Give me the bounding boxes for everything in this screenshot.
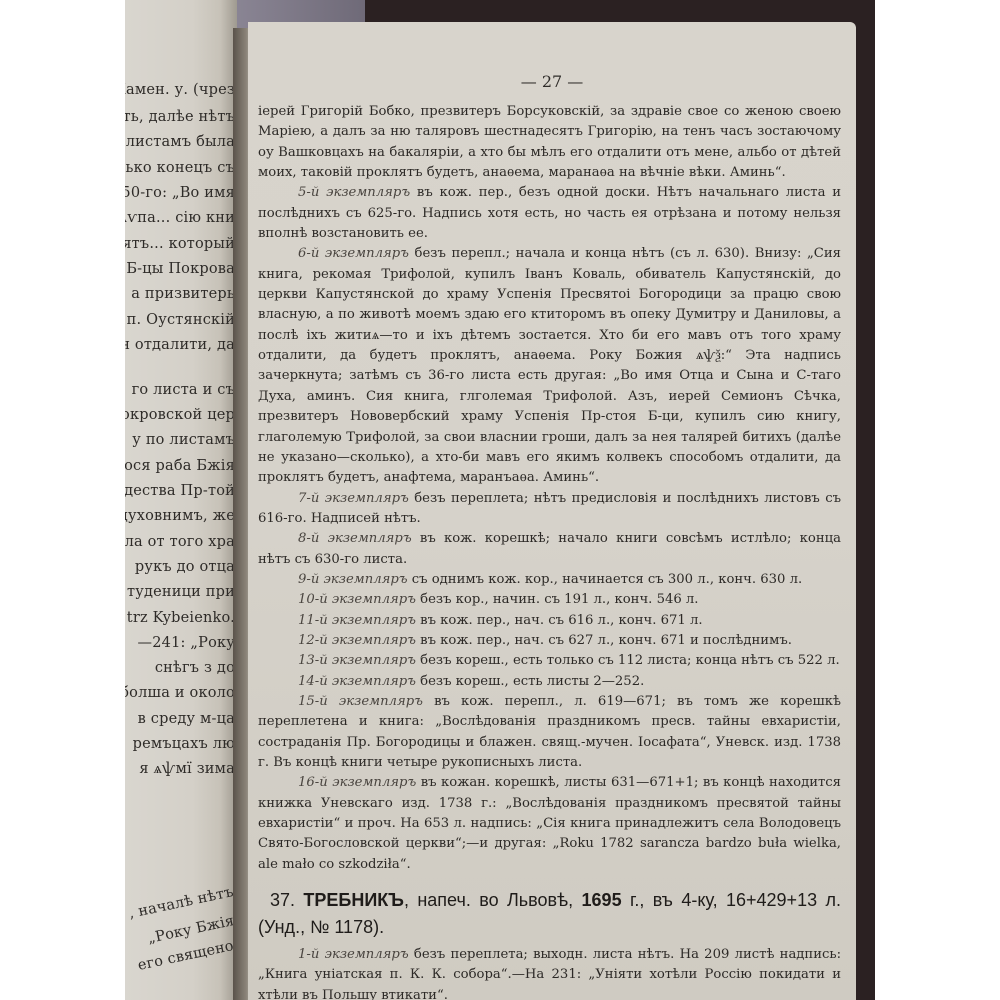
copy-label: 13-й экземпляръ bbox=[298, 653, 416, 668]
copy-description: безъ кореш., есть только съ 112 листа; к… bbox=[416, 653, 840, 668]
left-page-line: духовнимъ, же bbox=[125, 508, 235, 524]
left-page-line: я, а призвитерь bbox=[125, 286, 235, 302]
copy-entry: 10-й экземпляръ безъ кор., начин. съ 191… bbox=[258, 590, 841, 610]
left-page-line: 50-го: „Во имя bbox=[125, 185, 235, 201]
left-page-line: рукъ до отца bbox=[135, 559, 235, 575]
section-heading: 37. ТРЕБНИКЪ, напеч. во Львовѣ, 1695 г.,… bbox=[258, 887, 841, 941]
left-page-line: го листа и съ bbox=[132, 382, 235, 398]
copy-entry: 14-й экземпляръ безъ кореш., есть листы … bbox=[258, 672, 841, 692]
copy-label: 8-й экземпляръ bbox=[298, 531, 412, 546]
left-page-line: туденици при bbox=[127, 584, 235, 600]
copy-entries-list: 5-й экземпляръ въ кож. пер., безъ одной … bbox=[258, 183, 841, 875]
continuation-paragraph: іерей Григорій Бобко, презвитеръ Борсуко… bbox=[258, 102, 841, 183]
copy-entry: 13-й экземпляръ безъ кореш., есть только… bbox=[258, 651, 841, 671]
left-page-line: —241: „Року bbox=[138, 635, 235, 651]
section-copy-entries: 1-й экземпляръ безъ переплета; выходн. л… bbox=[258, 945, 841, 1000]
copy-entry: 7-й экземпляръ безъ переплета; нѣтъ пред… bbox=[258, 489, 841, 530]
copy-entry: 9-й экземпляръ съ однимъ кож. кор., начи… bbox=[258, 570, 841, 590]
copy-entry: 12-й экземпляръ въ кож. пер., нач. съ 62… bbox=[258, 631, 841, 651]
left-page-line: снѣгъ з до bbox=[155, 660, 235, 676]
left-page-line: ю листамъ была bbox=[125, 134, 235, 150]
copy-description: безъ перепл.; начала и конца нѣтъ (съ л.… bbox=[258, 246, 841, 485]
section-place: , напеч. во Львовѣ, bbox=[404, 890, 582, 910]
left-page-line: в среду м-ца bbox=[138, 711, 235, 727]
left-page-line: я Б-цы Покрова bbox=[125, 261, 235, 277]
copy-entry: 16-й экземпляръ въ кожан. корешкѣ, листы… bbox=[258, 773, 841, 875]
left-page-line: ѧѵпа... сію кни bbox=[125, 210, 235, 227]
left-page-line: сятъ... который bbox=[125, 236, 235, 252]
copy-entry: 6-й экземпляръ безъ перепл.; начала и ко… bbox=[258, 244, 841, 488]
left-page-line: окровской цер bbox=[125, 407, 235, 423]
copy-label: 16-й экземпляръ bbox=[298, 775, 416, 790]
copy-label: 14-й экземпляръ bbox=[298, 674, 416, 689]
left-page-line: кдества Пр-той bbox=[125, 483, 235, 499]
left-page-line: н отдалити, да bbox=[125, 337, 235, 353]
section-year: 1695 bbox=[582, 890, 622, 910]
page-body: іерей Григорій Бобко, презвитеръ Борсуко… bbox=[258, 102, 841, 1000]
copy-description: въ кож. пер., нач. съ 616 л., конч. 671 … bbox=[416, 613, 703, 628]
copy-entry: 5-й экземпляръ въ кож. пер., безъ одной … bbox=[258, 183, 841, 244]
copy-label: 6-й экземпляръ bbox=[298, 246, 409, 261]
copy-description: безъ кореш., есть листы 2—252. bbox=[416, 674, 644, 689]
left-page-line: trz Kybeienko. bbox=[127, 610, 235, 626]
copy-entry: 11-й экземпляръ въ кож. пер., нач. съ 61… bbox=[258, 611, 841, 631]
copy-entry: 1-й экземпляръ безъ переплета; выходн. л… bbox=[258, 945, 841, 1000]
copy-entry: 8-й экземпляръ въ кож. корешкѣ; начало к… bbox=[258, 529, 841, 570]
copy-description: въ кож. пер., нач. съ 627 л., конч. 671 … bbox=[416, 633, 792, 648]
right-page: — 27 — іерей Григорій Бобко, презвитеръ … bbox=[248, 22, 856, 1000]
book-photo: Камен. у. (чрезесть, далѣе нѣтъю листамъ… bbox=[125, 0, 875, 1000]
copy-entry: 15-й экземпляръ въ кож. перепл., л. 619—… bbox=[258, 692, 841, 773]
left-page-line: есть, далѣе нѣтъ bbox=[125, 109, 235, 125]
copy-description: безъ кор., начин. съ 191 л., конч. 546 л… bbox=[416, 592, 699, 607]
page-number: — 27 — bbox=[248, 72, 856, 91]
left-page: Камен. у. (чрезесть, далѣе нѣтъю листамъ… bbox=[125, 0, 237, 1000]
left-page-line: болша и около bbox=[125, 685, 235, 701]
left-page-line: й п. Оустянскій bbox=[125, 312, 235, 328]
left-page-line: ько конецъ съ bbox=[126, 160, 235, 176]
left-page-line: гося раба Бжія bbox=[125, 458, 235, 474]
left-page-line: ила от того хра bbox=[125, 534, 235, 550]
copy-label: 5-й экземпляръ bbox=[298, 185, 410, 200]
copy-label: 1-й экземпляръ bbox=[298, 947, 409, 962]
copy-label: 11-й экземпляръ bbox=[298, 613, 416, 628]
copy-label: 12-й экземпляръ bbox=[298, 633, 416, 648]
section-title: ТРЕБНИКЪ bbox=[303, 890, 404, 910]
left-page-line: я ѧѱмї зима bbox=[139, 761, 235, 778]
left-page-line: у по листамъ bbox=[132, 432, 235, 448]
copy-description: съ однимъ кож. кор., начинается съ 300 л… bbox=[408, 572, 803, 587]
copy-label: 7-й экземпляръ bbox=[298, 491, 409, 506]
copy-label: 15-й экземпляръ bbox=[298, 694, 423, 709]
copy-label: 9-й экземпляръ bbox=[298, 572, 408, 587]
section-number: 37. bbox=[270, 890, 295, 910]
copy-label: 10-й экземпляръ bbox=[298, 592, 416, 607]
left-page-line: Камен. у. (чрез bbox=[125, 82, 235, 98]
left-page-line: ремъцахъ лю bbox=[133, 736, 235, 752]
